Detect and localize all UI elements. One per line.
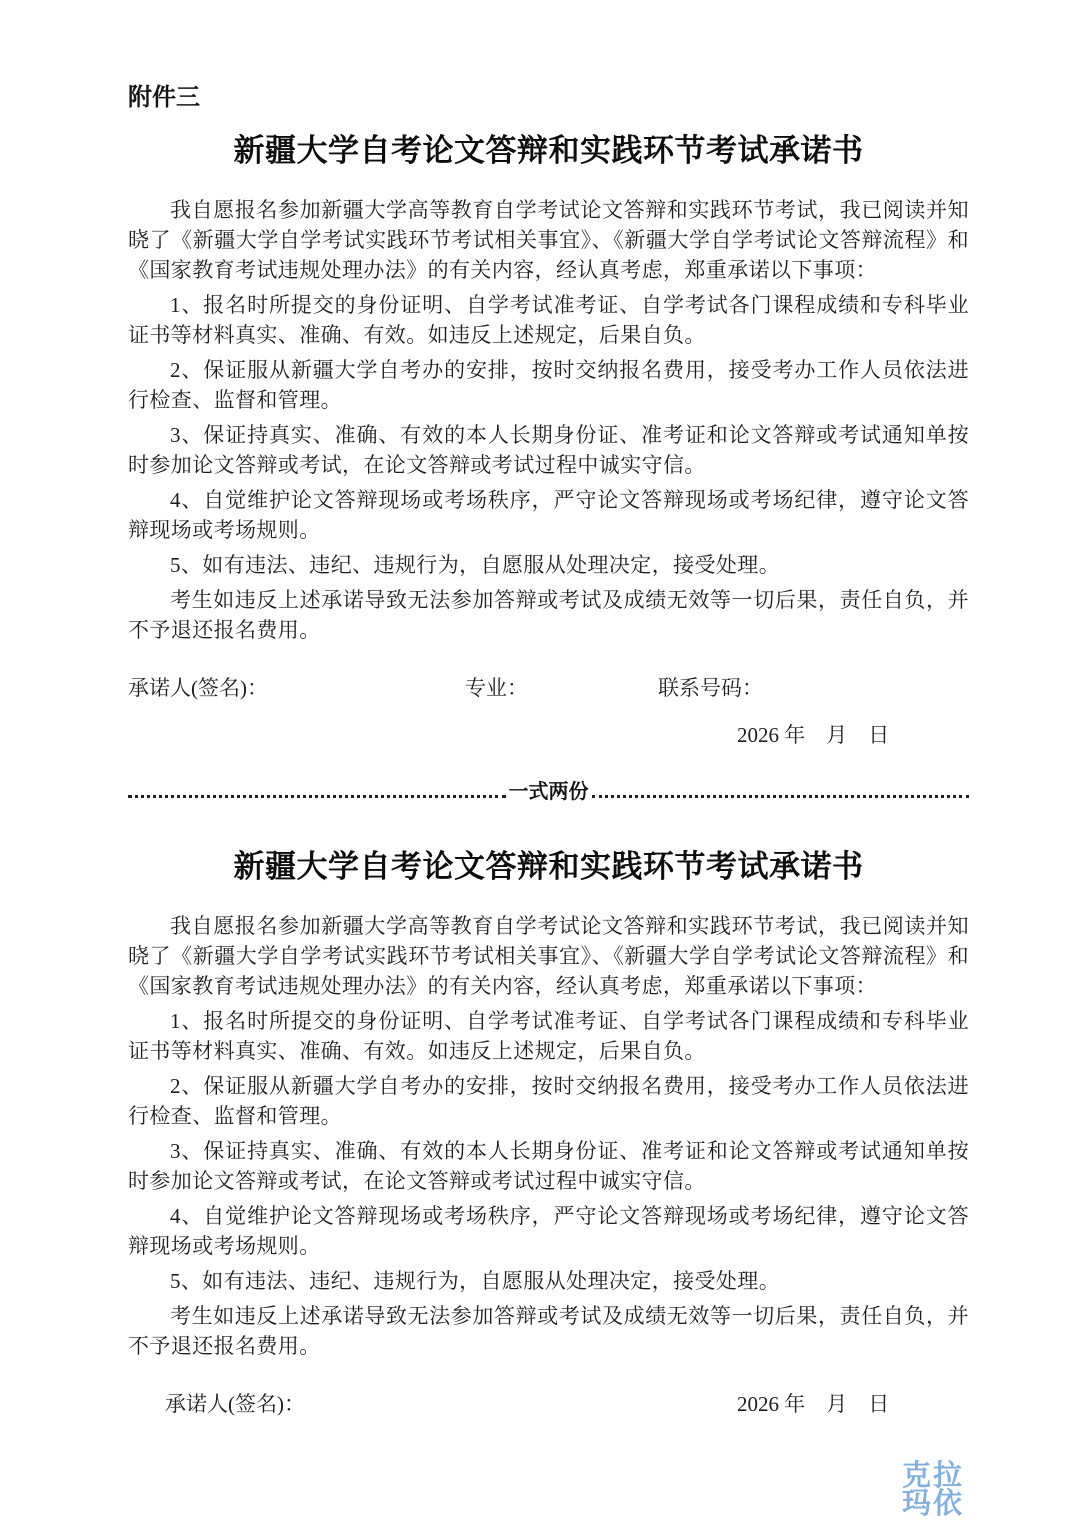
paragraph: 考生如违反上述承诺导致无法参加答辩或考试及成绩无效等一切后果，责任自负，并不予退… xyxy=(128,1301,969,1361)
duplicate-divider: 一式两份 xyxy=(0,780,1080,804)
date-row: 2026 年 月 日 xyxy=(128,720,969,750)
signature-row: 承诺人(签名)： 2026 年 月 日 xyxy=(128,1389,969,1419)
contact-label: 联系号码： xyxy=(658,673,763,703)
watermark-line-1: 克拉 xyxy=(902,1462,964,1490)
major-label: 专业： xyxy=(465,673,528,703)
date-line: 2026 年 月 日 xyxy=(737,1389,889,1419)
document-title: 新疆大学自考论文答辩和实践环节考试承诺书 xyxy=(128,128,969,174)
paragraph: 我自愿报名参加新疆大学高等教育自学考试论文答辩和实践环节考试，我已阅读并知晓了《… xyxy=(128,911,969,1001)
document-body: 我自愿报名参加新疆大学高等教育自学考试论文答辩和实践环节考试，我已阅读并知晓了《… xyxy=(128,911,969,1361)
attachment-label: 附件三 xyxy=(128,0,969,112)
document-page: 附件三 新疆大学自考论文答辩和实践环节考试承诺书 我自愿报名参加新疆大学高等教育… xyxy=(0,0,1080,1527)
paragraph: 5、如有违法、违纪、违规行为，自愿服从处理决定，接受处理。 xyxy=(128,1266,969,1296)
karamay-watermark: 克拉 玛依 xyxy=(902,1462,964,1518)
document-body: 我自愿报名参加新疆大学高等教育自学考试论文答辩和实践环节考试，我已阅读并知晓了《… xyxy=(128,195,969,645)
paragraph: 5、如有违法、违纪、违规行为，自愿服从处理决定，接受处理。 xyxy=(128,550,969,580)
signer-label: 承诺人(签名)： xyxy=(165,1389,305,1419)
paragraph: 3、保证持真实、准确、有效的本人长期身份证、准考证和论文答辩或考试通知单按时参加… xyxy=(128,420,969,480)
paragraph: 1、报名时所提交的身份证明、自学考试准考证、自学考试各门课程成绩和专科毕业证书等… xyxy=(128,290,969,350)
dotted-line-left xyxy=(128,795,506,798)
paragraph: 3、保证持真实、准确、有效的本人长期身份证、准考证和论文答辩或考试通知单按时参加… xyxy=(128,1136,969,1196)
commitment-letter-copy-1: 新疆大学自考论文答辩和实践环节考试承诺书 我自愿报名参加新疆大学高等教育自学考试… xyxy=(128,128,969,750)
watermark-line-2: 玛依 xyxy=(902,1490,964,1518)
paragraph: 1、报名时所提交的身份证明、自学考试准考证、自学考试各门课程成绩和专科毕业证书等… xyxy=(128,1006,969,1066)
paragraph: 我自愿报名参加新疆大学高等教育自学考试论文答辩和实践环节考试，我已阅读并知晓了《… xyxy=(128,195,969,285)
document-title: 新疆大学自考论文答辩和实践环节考试承诺书 xyxy=(128,844,969,890)
paragraph: 2、保证服从新疆大学自考办的安排，按时交纳报名费用，接受考办工作人员依法进行检查… xyxy=(128,355,969,415)
paragraph: 4、自觉维护论文答辩现场或考场秩序，严守论文答辩现场或考场纪律，遵守论文答辩现场… xyxy=(128,1201,969,1261)
paragraph: 4、自觉维护论文答辩现场或考场秩序，严守论文答辩现场或考场纪律，遵守论文答辩现场… xyxy=(128,485,969,545)
paragraph: 2、保证服从新疆大学自考办的安排，按时交纳报名费用，接受考办工作人员依法进行检查… xyxy=(128,1071,969,1131)
signer-label: 承诺人(签名)： xyxy=(128,673,268,703)
date-line: 2026 年 月 日 xyxy=(737,723,889,747)
divider-label: 一式两份 xyxy=(509,780,589,804)
signature-row: 承诺人(签名)： 专业： 联系号码： xyxy=(128,673,969,703)
dotted-line-right xyxy=(592,795,970,798)
paragraph: 考生如违反上述承诺导致无法参加答辩或考试及成绩无效等一切后果，责任自负，并不予退… xyxy=(128,585,969,645)
commitment-letter-copy-2: 新疆大学自考论文答辩和实践环节考试承诺书 我自愿报名参加新疆大学高等教育自学考试… xyxy=(128,844,969,1419)
